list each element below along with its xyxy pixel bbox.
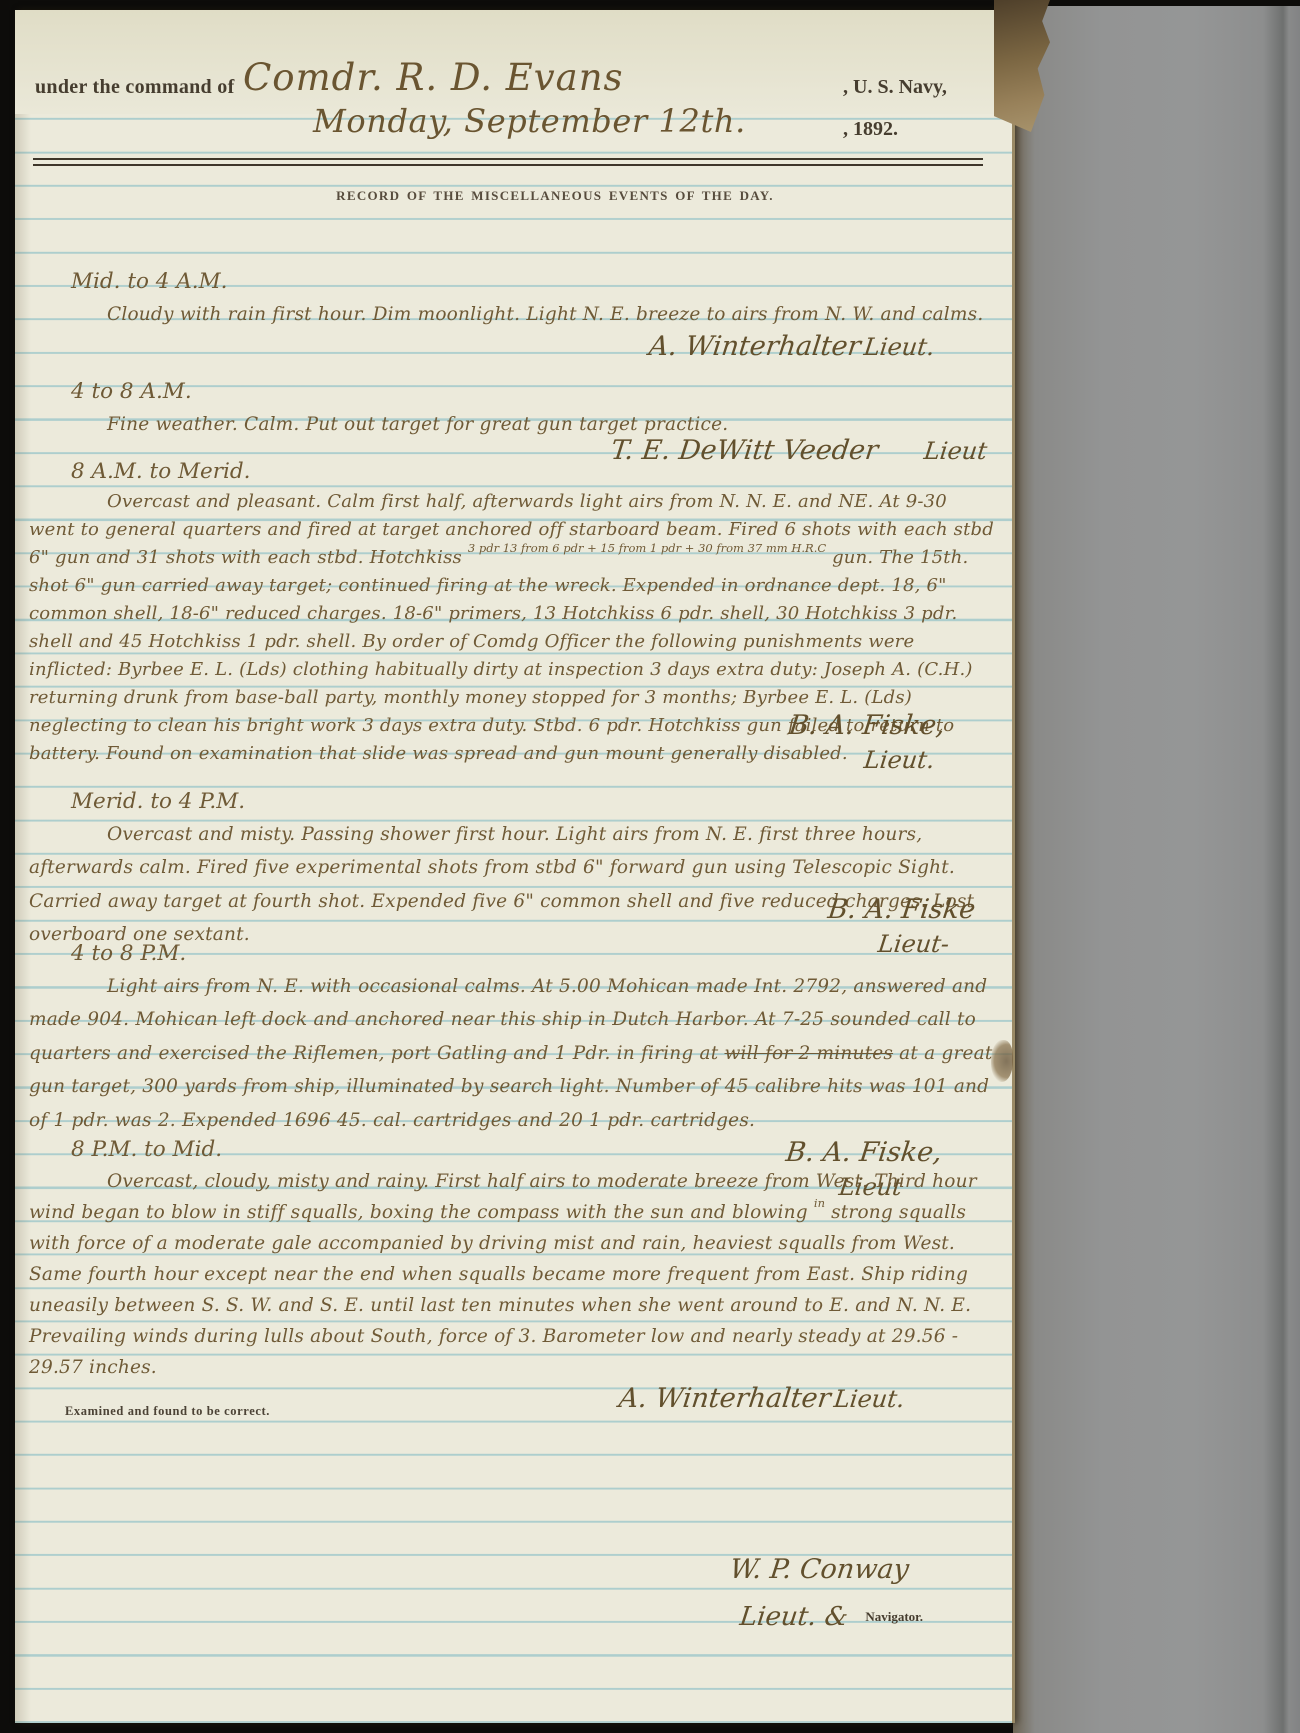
struck-through-text: will for 2 minutes bbox=[724, 1043, 893, 1064]
navigator-rank-written: Lieut. & bbox=[738, 1602, 850, 1632]
section-mid-to-4am: Mid. to 4 A.M. Cloudy with rain first ho… bbox=[29, 266, 997, 366]
watch-entry-text: Overcast, cloudy, misty and rainy. First… bbox=[29, 1166, 997, 1383]
interlined-insertion: 3 pdr 13 from 6 pdr + 15 from 1 pdr + 30… bbox=[468, 541, 826, 555]
watch-heading: Mid. to 4 A.M. bbox=[71, 266, 997, 298]
officer-signature: B. A. Fiske, bbox=[787, 710, 947, 741]
watch-entry-text: Cloudy with rain first hour. Dim moonlig… bbox=[29, 298, 997, 331]
watch-heading: Merid. to 4 P.M. bbox=[71, 786, 997, 818]
officer-signature: A. Winterhalter bbox=[617, 1383, 832, 1414]
watch-heading: 4 to 8 A.M. bbox=[71, 376, 997, 408]
logbook-page: under the command of Comdr. R. D. Evans … bbox=[15, 10, 1015, 1723]
commander-name: Comdr. R. D. Evans bbox=[243, 56, 624, 99]
signature-line: A. Winterhalter Lieut. bbox=[29, 331, 997, 366]
examined-note: Examined and found to be correct. bbox=[65, 1404, 270, 1419]
watch-heading: 8 P.M. to Mid. bbox=[71, 1134, 997, 1166]
watch-entry-text: Light airs from N. E. with occasional ca… bbox=[29, 970, 997, 1137]
section-8pm-to-mid: 8 P.M. to Mid. Overcast, cloudy, misty a… bbox=[29, 1134, 997, 1418]
section-8am-to-merid: 8 A.M. to Merid. Overcast and pleasant. … bbox=[29, 456, 997, 779]
watch-heading: 4 to 8 P.M. bbox=[71, 938, 997, 970]
navigator-rank-printed: Navigator. bbox=[865, 1609, 923, 1624]
binding-cover-gutter bbox=[1013, 6, 1300, 1733]
officer-rank: Lieut. bbox=[863, 332, 937, 363]
navigator-signature-block: W. P. Conway Lieut. & Navigator. bbox=[29, 1550, 969, 1632]
us-navy-label: , U. S. Navy, bbox=[843, 76, 947, 99]
section-merid-to-4pm: Merid. to 4 P.M. Overcast and misty. Pas… bbox=[29, 786, 997, 963]
date-written: Monday, September 12th. bbox=[313, 102, 746, 140]
navigator-signature: W. P. Conway bbox=[728, 1554, 911, 1585]
officer-rank: Lieut. bbox=[863, 745, 937, 776]
entry-text-part: strong squalls with force of a moderate … bbox=[29, 1202, 971, 1378]
officer-signature: A. Winterhalter bbox=[647, 331, 862, 362]
officer-rank: Lieut. bbox=[833, 1384, 907, 1415]
header-divider-rule bbox=[33, 158, 983, 166]
year-label: , 1892. bbox=[843, 118, 898, 141]
command-of-label: under the command of bbox=[35, 76, 235, 99]
officer-signature: B. A. Fiske bbox=[826, 894, 977, 925]
record-title: RECORD OF THE MISCELLANEOUS EVENTS OF TH… bbox=[115, 188, 995, 204]
watch-heading: 8 A.M. to Merid. bbox=[71, 456, 997, 488]
interlined-insertion: in bbox=[814, 1196, 825, 1210]
